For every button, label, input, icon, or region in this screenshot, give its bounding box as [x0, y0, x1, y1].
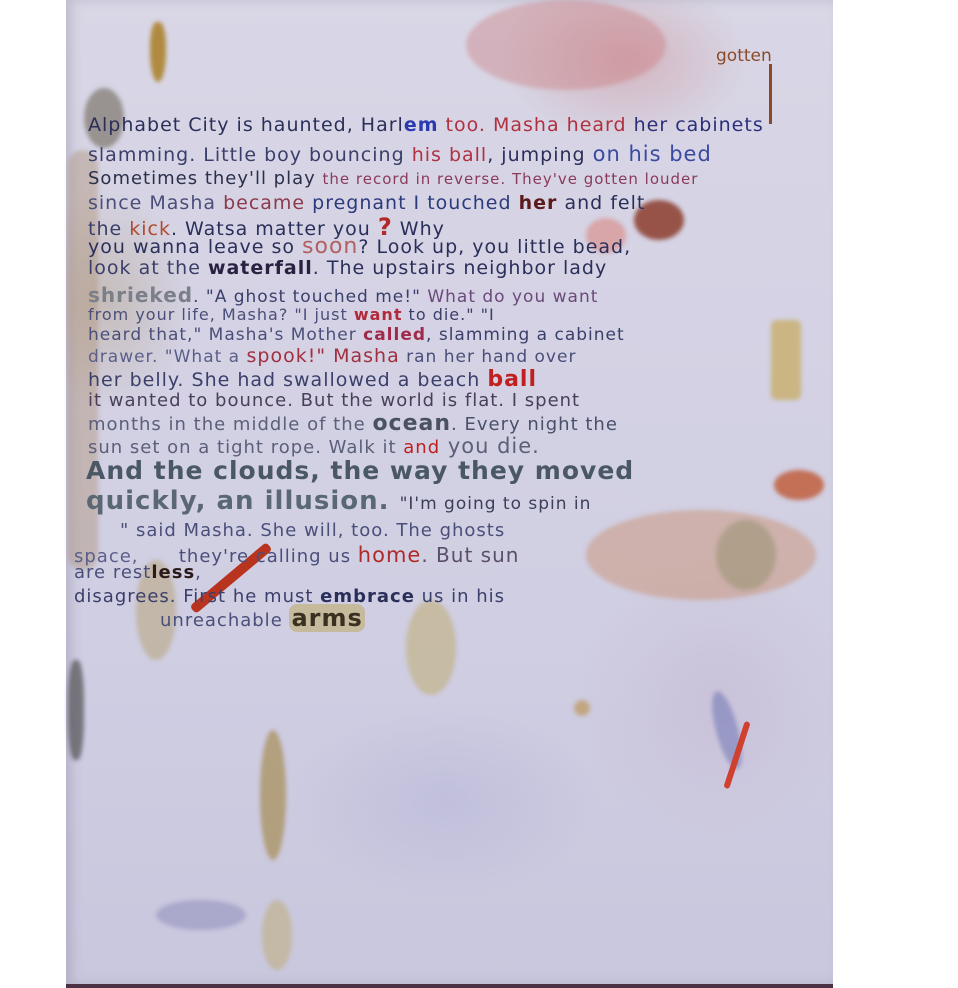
- text-segment: you die.: [440, 434, 540, 458]
- text-segment: em: [404, 114, 439, 136]
- text-line: from your life, Masha? "I just want to d…: [88, 305, 495, 324]
- text-line: drawer. "What a spook!" Masha ran her ha…: [88, 345, 576, 367]
- red-stain-top: [466, 0, 666, 90]
- text-segment: her cabinets: [634, 114, 764, 136]
- text-segment: ? Look up, you little bead,: [358, 236, 631, 258]
- text-line: heard that," Masha's Mother called, slam…: [88, 325, 625, 345]
- olive-blot-right: [716, 520, 776, 590]
- grey-drip-left: [68, 660, 84, 760]
- text-segment: sun set on a tight rope. Walk it: [88, 437, 403, 458]
- text-segment: ran her hand over: [400, 347, 577, 367]
- text-segment: ,: [195, 562, 202, 583]
- text-segment: quickly, an illusion.: [86, 486, 400, 516]
- text-line: it wanted to bounce. But the world is fl…: [88, 390, 580, 411]
- text-line: Sometimes they'll play the record in rev…: [88, 168, 698, 189]
- text-line: you wanna leave so soon? Look up, you li…: [88, 234, 631, 259]
- text-segment: you wanna leave so: [88, 236, 302, 258]
- text-segment: . The upstairs neighbor lady: [313, 257, 607, 279]
- text-line: sun set on a tight rope. Walk it and you…: [88, 434, 540, 458]
- margin-note-gotten: gotten: [716, 46, 772, 66]
- text-segment: since Masha: [88, 192, 223, 214]
- text-segment: unreachable: [160, 610, 289, 631]
- text-segment: home: [358, 543, 422, 567]
- text-segment: Sometimes they'll play: [88, 168, 323, 189]
- blue-smear-bottom: [156, 900, 246, 930]
- text-line: shrieked. "A ghost touched me!" What do …: [88, 283, 598, 307]
- text-segment: . But sun: [421, 543, 519, 567]
- ochre-dot: [574, 700, 590, 716]
- text-segment: ocean: [372, 411, 451, 436]
- text-line: And the clouds, the way they moved: [86, 456, 634, 485]
- text-segment: too. Masha heard: [439, 114, 634, 136]
- text-segment: " said Masha. She will, too. The ghosts: [120, 520, 505, 541]
- text-segment: and: [403, 437, 440, 458]
- text-segment: his ball: [412, 144, 488, 166]
- text-segment: on his bed: [593, 142, 712, 166]
- text-segment: , jumping: [487, 144, 592, 166]
- text-segment: to die." "I: [402, 305, 494, 324]
- text-segment: us in his: [415, 586, 505, 607]
- text-segment: shrieked: [88, 283, 193, 307]
- ochre-drip-bottom: [262, 900, 292, 970]
- text-segment: "I'm going to spin in: [400, 494, 592, 514]
- text-segment: it wanted to bounce. But the world is fl…: [88, 390, 580, 411]
- text-segment: . "A ghost touched me!": [193, 287, 427, 307]
- text-segment: ball: [487, 367, 537, 392]
- ochre-smear-mid: [406, 600, 456, 695]
- text-segment: What do you want: [427, 287, 598, 307]
- text-segment: from your life, Masha? "I just: [88, 305, 354, 324]
- text-line: her belly. She had swallowed a beach bal…: [88, 367, 537, 392]
- text-line: " said Masha. She will, too. The ghosts: [120, 520, 505, 541]
- text-segment: Alphabet City is haunted, Harl: [88, 114, 404, 136]
- text-segment: became: [223, 192, 312, 214]
- text-segment: want: [354, 305, 403, 324]
- text-segment: less: [151, 562, 195, 583]
- rust-smear-right: [774, 470, 824, 500]
- text-segment: pregnant I touched: [312, 192, 518, 214]
- text-segment: , slamming a cabinet: [426, 325, 625, 345]
- text-segment: spook!" Masha: [247, 345, 400, 367]
- text-segment: the record in reverse. They've gotten lo…: [323, 170, 699, 188]
- text-line: months in the middle of the ocean. Every…: [88, 411, 618, 436]
- text-line: are restless,: [74, 562, 202, 583]
- text-segment: her: [519, 192, 558, 214]
- text-line: Alphabet City is haunted, Harlem too. Ma…: [88, 114, 764, 136]
- text-segment: arms: [289, 604, 364, 632]
- orange-smear-mid: [586, 510, 816, 600]
- text-segment: . Every night the: [451, 414, 618, 435]
- text-segment: months in the middle of the: [88, 414, 372, 435]
- text-segment: called: [363, 325, 426, 345]
- text-line: since Masha became pregnant I touched he…: [88, 192, 645, 214]
- margin-line: [769, 64, 772, 124]
- text-line: unreachable arms: [160, 604, 365, 632]
- ochre-drip-top: [150, 22, 166, 82]
- text-line: slamming. Little boy bouncing his ball, …: [88, 142, 712, 166]
- text-line: quickly, an illusion. "I'm going to spin…: [86, 486, 591, 516]
- text-segment: waterfall: [208, 257, 313, 279]
- text-segment: slamming. Little boy bouncing: [88, 144, 412, 166]
- text-segment: her belly. She had swallowed a beach: [88, 369, 487, 391]
- text-segment: look at the: [88, 257, 208, 279]
- text-segment: heard that," Masha's Mother: [88, 325, 363, 345]
- text-line: look at the waterfall. The upstairs neig…: [88, 257, 607, 279]
- text-segment: drawer. "What a: [88, 347, 247, 367]
- ochre-drip-lower: [260, 730, 286, 860]
- text-segment: And the clouds, the way they moved: [86, 456, 634, 485]
- text-segment: and felt: [557, 192, 645, 214]
- text-segment: are rest: [74, 562, 151, 583]
- ochre-right-bar: [771, 320, 801, 400]
- text-segment: soon: [302, 234, 358, 259]
- painting-canvas: gotten Alphabet City is haunted, Harlem …: [66, 0, 833, 988]
